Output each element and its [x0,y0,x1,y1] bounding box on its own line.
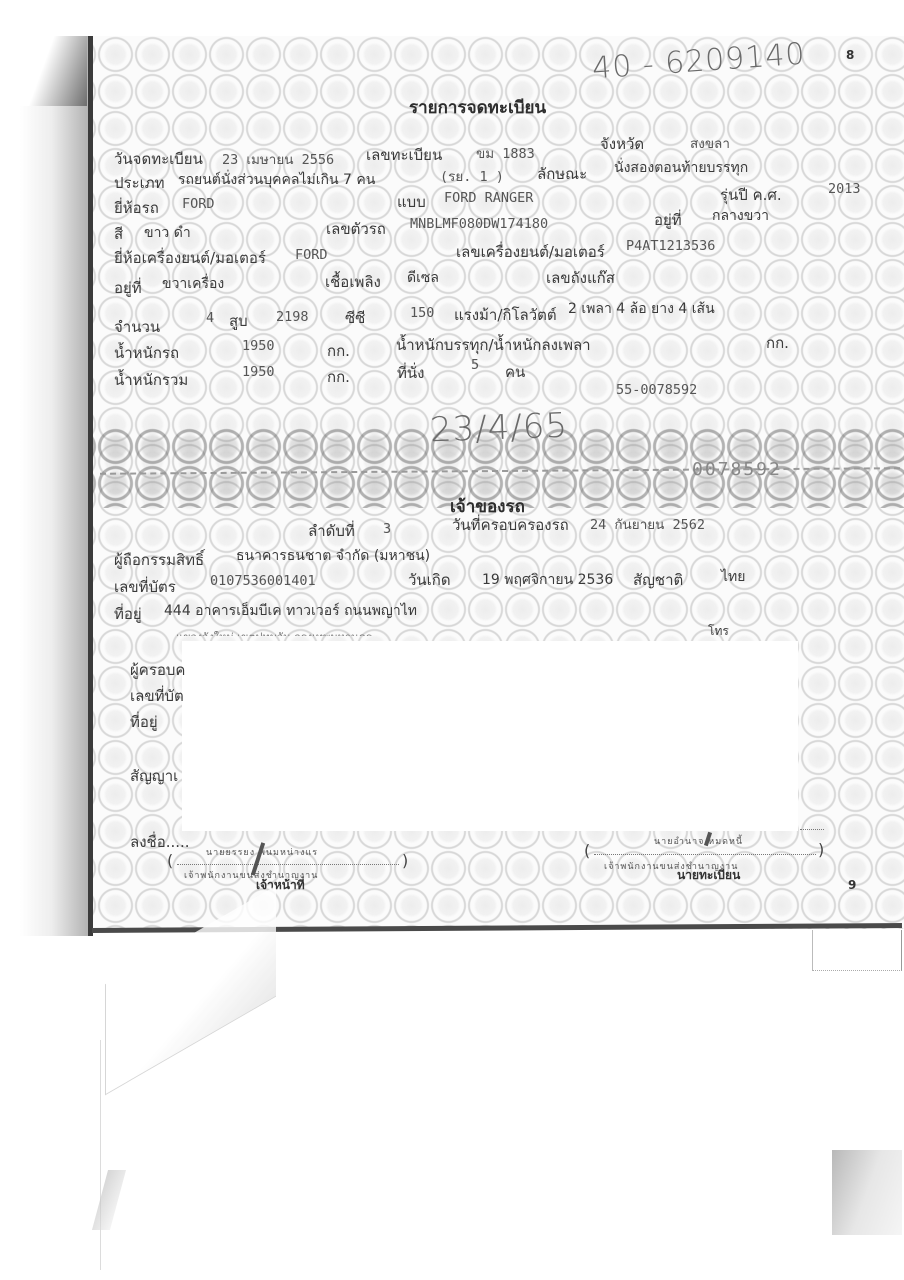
seats-unit: คน [505,360,525,384]
model-label: แบบ [397,190,426,214]
possessor-address-label: ที่อยู่ [130,710,158,734]
kg-label: กก. [327,339,350,363]
paren-open: ( [167,851,173,870]
province-label: จังหวัด [600,132,644,156]
engine-cc: 2198 [276,309,309,325]
load-weight-label: น้ำหนักบรรทุก/น้ำหนักลงเพลา [396,333,591,357]
fuel: ดีเซล [407,267,439,289]
scan-shadow [20,36,90,936]
model-year-label: รุ่นปี ค.ศ. [720,183,782,207]
chassis-no-label: เลขตัวรถ [326,217,386,241]
sign-label: ลงชื่อ..... [130,830,190,854]
gross-weight: 1950 [242,364,275,380]
gross-weight-label: น้ำหนักรวม [114,368,188,392]
horsepower: 150 [410,305,434,321]
form-serial: 55-0078592 [616,382,697,398]
phone-label: โทร [708,622,729,641]
registration-title: รายการจดทะเบียน [409,94,546,121]
axles-wheels: 2 เพลา 4 ล้อ ยาง 4 เส้น [568,298,715,320]
sequence: 3 [383,521,391,537]
plate-no-label: เลขทะเบียน [366,143,442,167]
nationality: ไทย [721,566,745,588]
engine-brand-label: ยี่ห้อเครื่องยนต์/มอเตอร์ [114,246,266,270]
possessor-label: ผู้ครอบค [130,658,185,682]
engine-brand: FORD [295,247,328,263]
scan-smudge [92,1170,126,1230]
address-line1: 444 อาคารเอ็มบีเค ทาวเวอร์ ถนนพญาไท [164,600,417,622]
id-label: เลขที่บัตร [114,575,176,599]
color: ขาว ดำ [144,222,191,244]
page-edge [88,36,93,936]
plate-no: ขม 1883 [476,142,535,164]
registrar-name: นายอำนาจ หมดหนี้ [654,834,743,848]
redacted-area [182,641,798,831]
fuel-label: เชื้อเพลิง [325,270,381,294]
count-label: จำนวน [114,315,160,339]
birth-date: 19 พฤศจิกายน 2536 [482,569,613,591]
province: สงขลา [690,132,730,154]
engine-location-label: อยู่ที่ [114,276,142,300]
owner-name: ธนาคารธนชาต จำกัด (มหาชน) [236,545,430,567]
kg-label-gross: กก. [327,365,350,389]
possession-date-label: วันที่ครอบครองรถ [452,513,569,537]
handwritten-date: 23/4/65 [429,406,568,451]
possession-date: 24 กันยายน 2562 [590,513,705,535]
contract-label: สัญญาเ [130,764,178,788]
vehicle-type: รถยนต์นั่งส่วนบุคคลไม่เกิน 7 คน [178,169,375,191]
scan-smudge [832,1150,902,1235]
owner-label: ผู้ถือกรรมสิทธิ์ [114,548,204,572]
signature-line [177,864,399,865]
sequence-label: ลำดับที่ [308,519,355,543]
cc-label: ซีซี [345,306,365,330]
type-label: ประเภท [114,171,165,195]
page-tab [812,930,902,971]
dotted-mark [800,829,824,830]
vehicle-weight-label: น้ำหนักรถ [114,341,179,365]
signature-line [594,854,816,855]
paper-edge [100,1040,101,1270]
gas-tank-label: เลขถังแก๊ส [546,266,615,290]
brand: FORD [182,196,215,212]
faded-serial: 0078592 [692,459,782,480]
engine-no-label: เลขเครื่องยนต์/มอเตอร์ [456,240,605,264]
registration-date-label: วันจดทะเบียน [114,147,203,171]
registrar-title: นายทะเบียน [677,866,740,885]
possessor-id-label: เลขที่บัต [130,684,184,708]
model-year: 2013 [828,181,861,197]
chassis-no: MNBLMF080DW174180 [410,216,548,232]
paren-open: ( [584,841,590,860]
vehicle-weight: 1950 [242,338,275,354]
color-label: สี [114,222,123,246]
seats-label: ที่นั่ง [397,361,424,385]
model: FORD RANGER [444,190,533,206]
engine-no: P4AT1213536 [626,238,715,254]
kg-label-right: กก. [766,331,789,355]
registration-date: 23 เมษายน 2556 [222,148,334,170]
cylinders: 4 [206,310,214,326]
cylinders-label: สูบ [229,309,248,333]
vehicle-style: นั่งสองตอนท้ายบรรทุก [614,157,748,179]
id-no: 0107536001401 [210,573,316,589]
nationality-label: สัญชาติ [633,568,683,592]
paren-close: ) [402,851,408,870]
chassis-location-label: อยู่ที่ [654,208,682,232]
page-number-bottom: 9 [848,878,856,892]
style-label: ลักษณะ [537,162,587,186]
scan-shadow-corner [15,36,87,106]
engine-location: ขวาเครื่อง [162,273,224,295]
paren-close: ) [818,840,824,859]
birth-label: วันเกิด [408,568,451,592]
seats: 5 [471,357,479,373]
chassis-location: กลางขวา [712,205,769,227]
address-line2: แขวงวังใหม่ เขตปทุมวัน กรุงเทพมหานคร [176,628,372,636]
brand-label: ยี่ห้อรถ [114,196,159,220]
page-number-top: 8 [846,48,854,62]
hp-label: แรงม้า/กิโลวัตต์ [454,303,557,327]
type-code: (รย. 1 ) [440,165,504,187]
address-label: ที่อยู่ [114,602,142,626]
